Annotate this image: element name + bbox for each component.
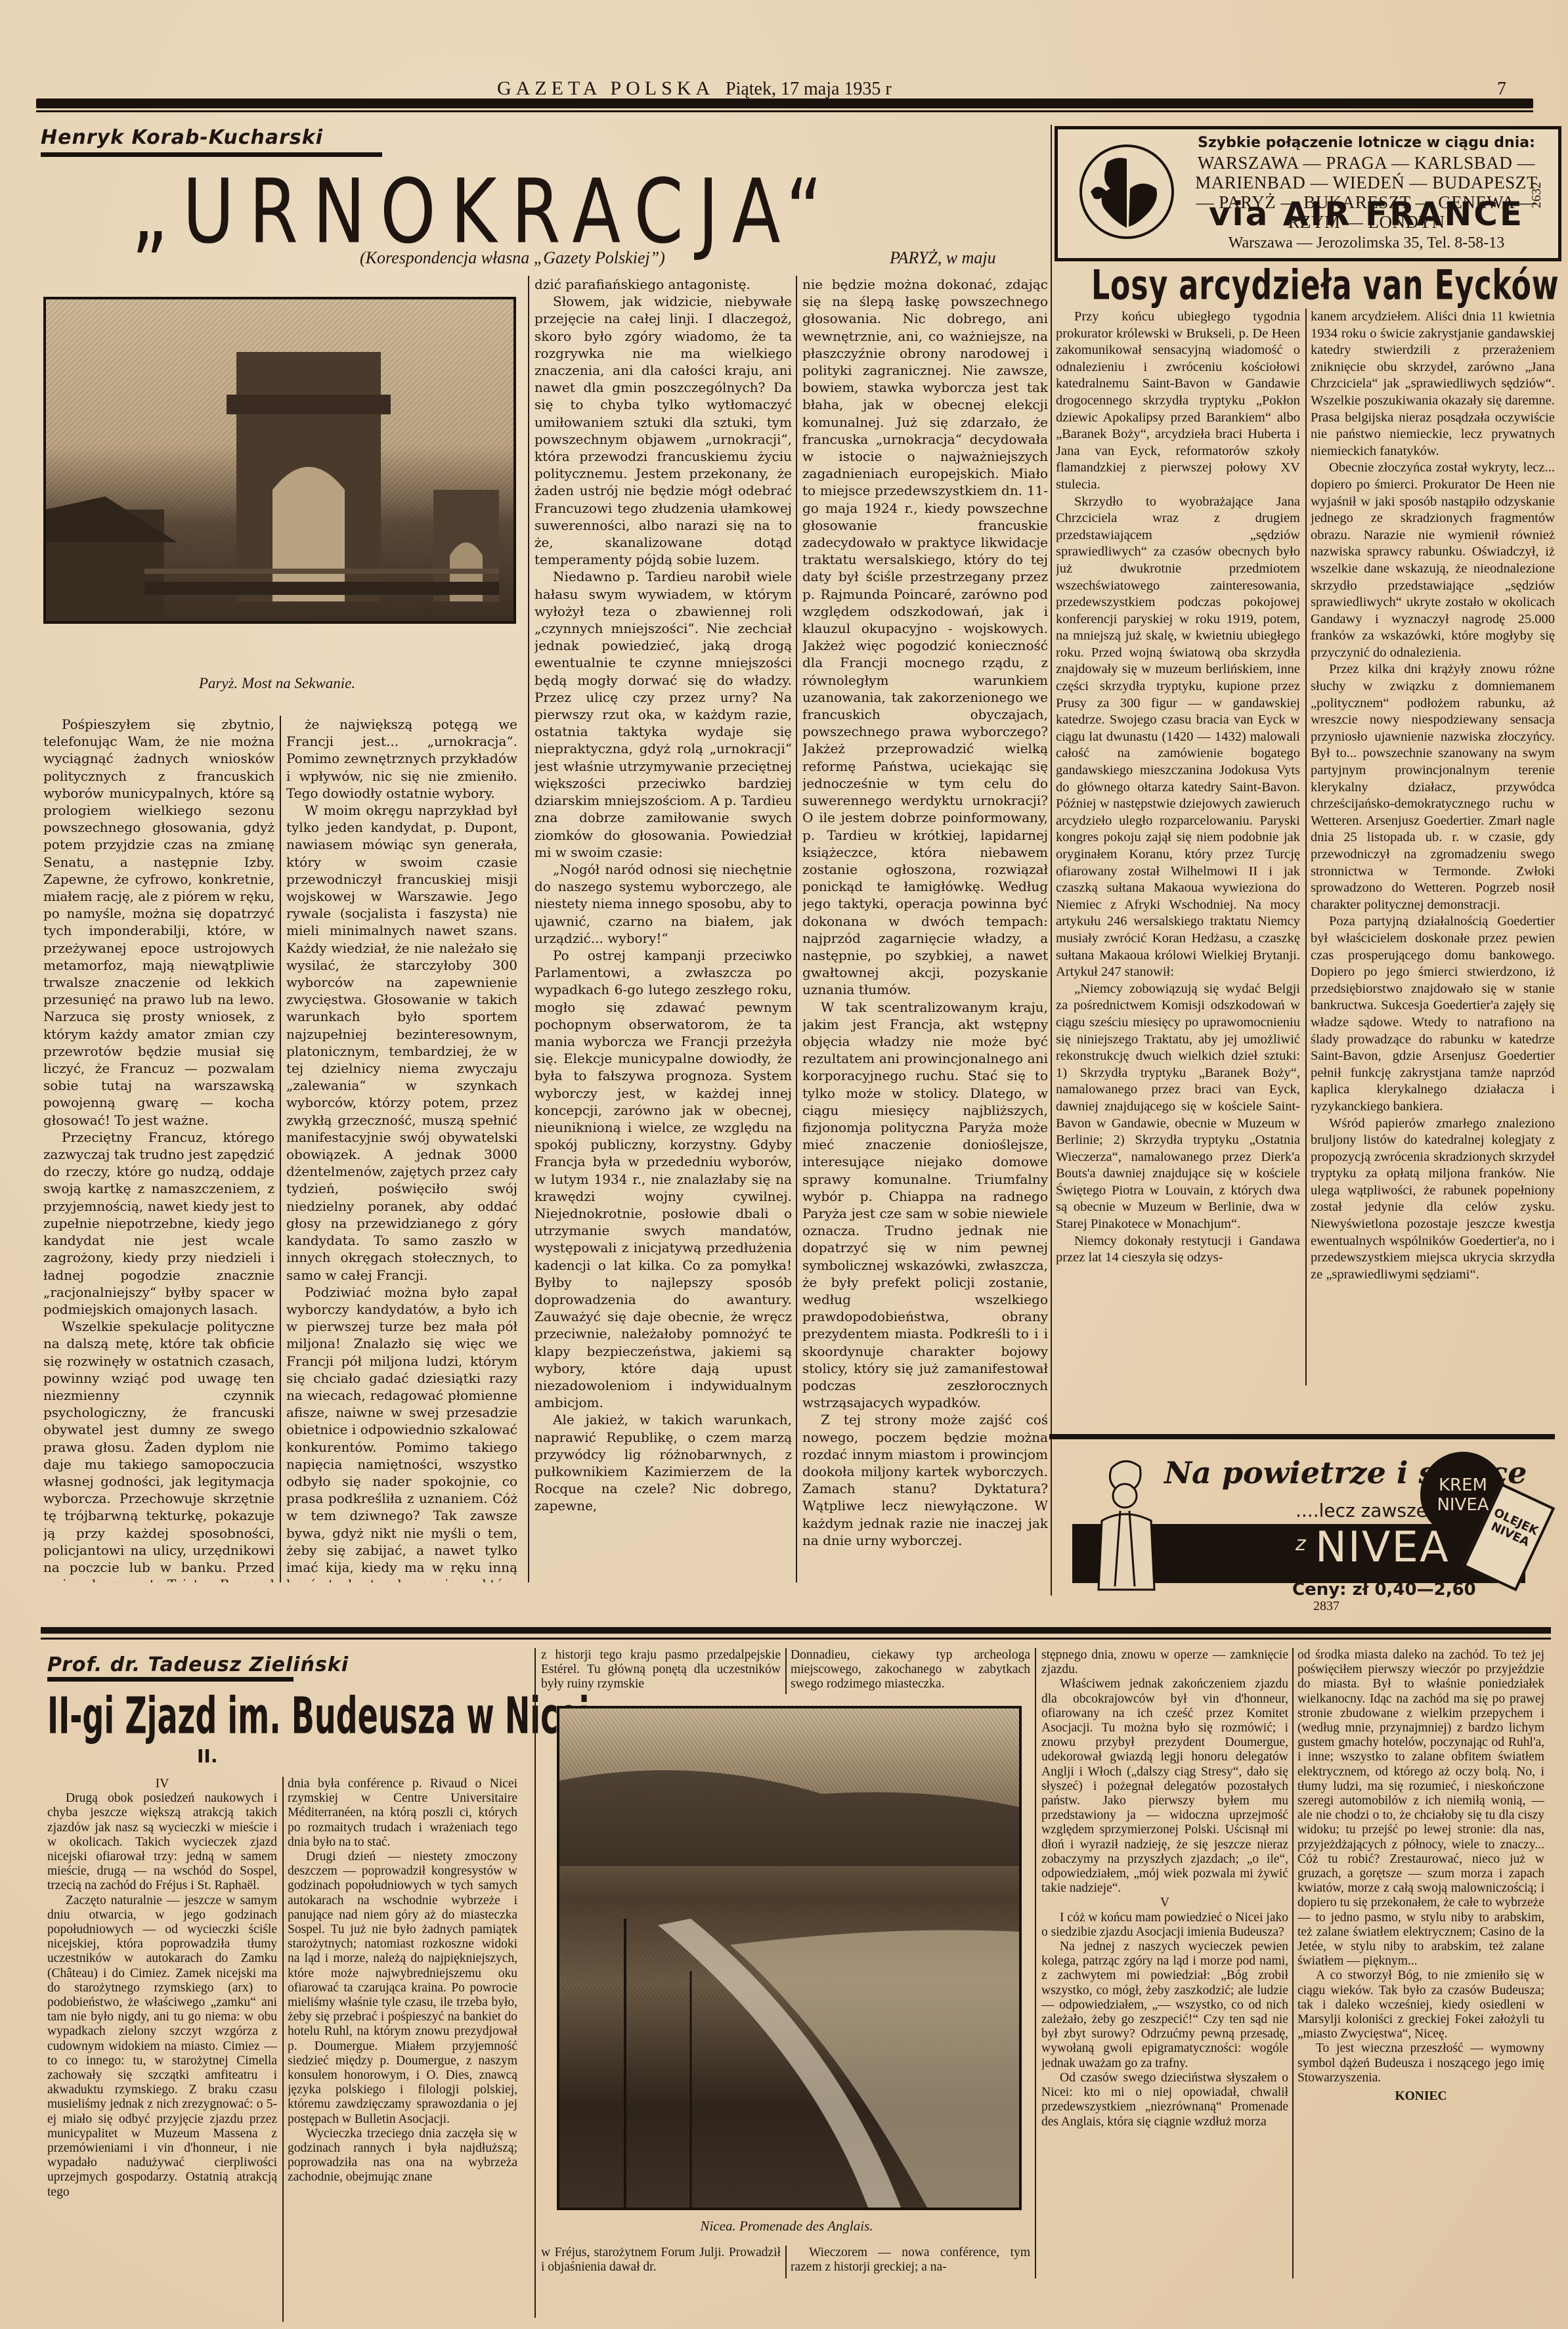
article3-column-3-bottom: w Fréjus, starożytnem Forum Julji. Prowa… (541, 2246, 781, 2278)
paragraph: Ale jakież, w takich warunkach, naprawić… (534, 1411, 792, 1514)
paragraph: Podziwiać można było zapał wyborczy kand… (286, 1284, 517, 1582)
article2-column-1: Przy końcu ubiegłego tygodnia prokurator… (1056, 309, 1300, 1385)
airfrance-brand: via AIR FRANCE (1183, 195, 1550, 233)
paragraph: stępnego dnia, znowu w operze — zamknięc… (1041, 1648, 1288, 1677)
newspaper-title: GAZETA POLSKA (497, 77, 714, 100)
article1-author: Henryk Korab-Kucharski (41, 126, 323, 149)
paragraph: Niedawno p. Tardieu narobił wiele hałasu… (534, 568, 792, 860)
nice-promenade-photo-icon (559, 1709, 1019, 2208)
article1-column-4: nie będzie można dokonać, zdając się na … (802, 276, 1048, 1582)
paragraph: Słowem, jak widzicie, niebywałe przejęci… (534, 293, 792, 568)
article3-column-4-bottom: Wieczorem — nowa conférence, tym razem z… (791, 2246, 1030, 2278)
column-divider (1292, 1648, 1294, 2278)
article1-photo (43, 297, 516, 624)
paragraph: Skrzydło to wyobrażające Jana Chrzciciel… (1056, 494, 1300, 981)
article1-column-3: dzić parafiańskiego antagonistę. Słowem,… (534, 276, 792, 1582)
column-divider (1305, 309, 1307, 1385)
ad-reference-number: 2632 (1529, 182, 1544, 208)
paragraph: Donnadieu, ciekawy typ archeologa miejsc… (791, 1648, 1030, 1692)
article3-part: II. (197, 1745, 217, 1767)
paragraph: Wieczorem — nowa conférence, tym razem z… (791, 2246, 1030, 2275)
paragraph: Przeciętny Francuz, którego zazwyczaj ta… (43, 1129, 274, 1318)
masthead: GAZETA POLSKA Piątek, 17 maja 1935 r 7 (0, 71, 1568, 97)
nivea-ad-top-rule (1049, 1434, 1555, 1439)
paragraph: Wycieczka trzeciego dnia zaczęła się w g… (288, 2127, 517, 2185)
page-number: 7 (1497, 79, 1506, 100)
column-divider (280, 716, 281, 1582)
ad-reference-number: 2837 (1313, 1599, 1339, 1614)
paragraph: Obecnie złoczyńca został wykryty, lecz..… (1311, 460, 1555, 661)
article2-headline: Losy arcydzieła van Eycków (1091, 261, 1559, 309)
paragraph: Wszelkie spekulacje polityczne na dalszą… (43, 1318, 274, 1582)
article3-photo (557, 1706, 1022, 2210)
paragraph: dzić parafiańskiego antagonistę. (534, 276, 792, 293)
paragraph: Drugi dzień — niestety zmoczony deszczem… (288, 1850, 517, 2127)
column-divider (534, 1648, 536, 2318)
paragraph: Poza partyjną działalnością Goedertier b… (1311, 913, 1555, 1115)
airfrance-address: Warszawa — Jerozolimska 35, Tel. 8-58-13 (1183, 234, 1550, 252)
article1-photo-caption: Paryż. Most na Sekwanie. (43, 675, 511, 692)
article3-column-2: dnia była conférence p. Rivaud o Nicei r… (288, 1777, 517, 2322)
section-rule (41, 1627, 1551, 1634)
paragraph: dnia była conférence p. Rivaud o Nicei r… (288, 1777, 517, 1850)
column-divider (1035, 1648, 1036, 2278)
paragraph: W tak scentralizowanym kraju, jakim jest… (802, 999, 1048, 1412)
airfrance-heading: Szybkie połączenie lotnicze w ciągu dnia… (1183, 135, 1550, 151)
column-divider (796, 276, 797, 1582)
column-divider (282, 1777, 284, 2322)
winged-seahorse-logo-icon (1078, 142, 1176, 241)
column-divider (785, 2246, 787, 2278)
section-number: IV (47, 1777, 277, 1791)
paragraph: A co stworzył Bóg, to nie zmieniło się w… (1297, 1969, 1544, 2041)
article3-column-6: od środka miasta daleko na zachód. To te… (1297, 1648, 1544, 2278)
article3-column-1: IV Drugą obok posiedzeń naukowych i chyb… (47, 1777, 277, 2322)
nivea-ad: Na powietrze i słońce ....lecz zawsze z … (1049, 1442, 1561, 1593)
paragraph: To jest wieczna przeszłość — wymowny sym… (1297, 2041, 1544, 2085)
column-divider (528, 276, 529, 1582)
paragraph: Z tej strony może zajść coś nowego, pocz… (802, 1411, 1048, 1549)
paragraph: że największą potęgą we Francji jest... … (286, 716, 517, 802)
paragraph: nie będzie można dokonać, zdając się na … (802, 276, 1048, 999)
section-rule-thin (41, 1638, 1551, 1640)
paragraph: z historji tego kraju pasmo przedalpejsk… (541, 1648, 781, 1692)
nivea-brand-prefix: z (1296, 1533, 1306, 1556)
paragraph: Niemcy dokonały restytucji i Gandawa prz… (1056, 1233, 1300, 1267)
article1-column-2: że największą potęgą we Francji jest... … (286, 716, 517, 1582)
article2-column-2: kanem arcydziełem. Aliści dnia 11 kwietn… (1311, 309, 1555, 1385)
paragraph: Na jednej z naszych wycieczek pewien kol… (1041, 1940, 1288, 2071)
nivea-subline: ....lecz zawsze (1296, 1500, 1427, 1521)
paragraph: Drugą obok posiedzeń naukowych i chyba j… (47, 1791, 277, 1893)
paragraph: W moim okręgu naprzykład był tylko jeden… (286, 802, 517, 1284)
paragraph: Pośpieszyłem się zbytnio, telefonując Wa… (43, 716, 274, 1129)
issue-date: Piątek, 17 maja 1935 r (726, 79, 892, 100)
tin-label: KREM (1420, 1475, 1506, 1495)
airfrance-ad: Szybkie połączenie lotnicze w ciągu dnia… (1055, 126, 1561, 261)
article1-dateline: PARYŻ, w maju (890, 248, 996, 268)
article3-column-5: stępnego dnia, znowu w operze — zamknięc… (1041, 1648, 1288, 2278)
paragraph: kanem arcydziełem. Aliści dnia 11 kwietn… (1311, 309, 1555, 460)
article3-column-4-top: Donnadieu, ciekawy typ archeologa miejsc… (791, 1648, 1030, 1694)
woman-with-turban-illustration-icon (1089, 1455, 1161, 1593)
section-number: V (1041, 1896, 1288, 1910)
paragraph: Wśród papierów zmarłego znaleziono brulj… (1311, 1116, 1555, 1284)
paragraph: w Fréjus, starożytnem Forum Julji. Prowa… (541, 2246, 781, 2275)
masthead-rule (36, 98, 1533, 108)
article3-headline: II-gi Zjazd im. Budeusza w Nicei (47, 1687, 589, 1746)
paragraph: Przez kilka dni krążyły znowu różne słuc… (1311, 661, 1555, 913)
article1-source: (Korespondencja własna „Gazety Polskiej”… (360, 248, 665, 268)
paragraph: Od czasów swego dzieciństwa słyszałem o … (1041, 2071, 1288, 2129)
article1-column-1: Pośpieszyłem się zbytnio, telefonując Wa… (43, 716, 274, 1582)
article3-column-3-top: z historji tego kraju pasmo przedalpejsk… (541, 1648, 781, 1694)
paragraph: I cóż w końcu mam powiedzieć o Nicei jak… (1041, 1911, 1288, 1940)
nivea-brand: NIVEA (1315, 1523, 1450, 1572)
end-mark: KONIEC (1297, 2089, 1544, 2104)
article3-photo-caption: Nicea. Promenade des Anglais. (557, 2218, 1016, 2234)
column-divider (785, 1648, 787, 1694)
section-divider (1051, 125, 1052, 1596)
nivea-prices: Ceny: zł 0,40—2,60 (1292, 1580, 1476, 1600)
paragraph: „Niemcy zobowiązują się wydać Belgji za … (1056, 981, 1300, 1233)
paragraph: Po ostrej kampanji przeciwko Parlamentow… (534, 947, 792, 1411)
author-underline (41, 152, 382, 157)
paragraph: Właściwem jednak zakończeniem zjazdu dla… (1041, 1677, 1288, 1896)
paragraph: od środka miasta daleko na zachód. To te… (1297, 1648, 1544, 1969)
masthead-rule-thin (36, 110, 1533, 112)
author-underline (47, 1677, 294, 1682)
bridge-illustration-icon (46, 299, 513, 621)
paragraph: Zaczęto naturalnie — jeszcze w samym dni… (47, 1894, 277, 2200)
paragraph: „Nogół naród odnosi się niechętnie do na… (534, 861, 792, 947)
article3-author: Prof. dr. Tadeusz Zieliński (47, 1653, 349, 1676)
paragraph: Przy końcu ubiegłego tygodnia prokurator… (1056, 309, 1300, 494)
